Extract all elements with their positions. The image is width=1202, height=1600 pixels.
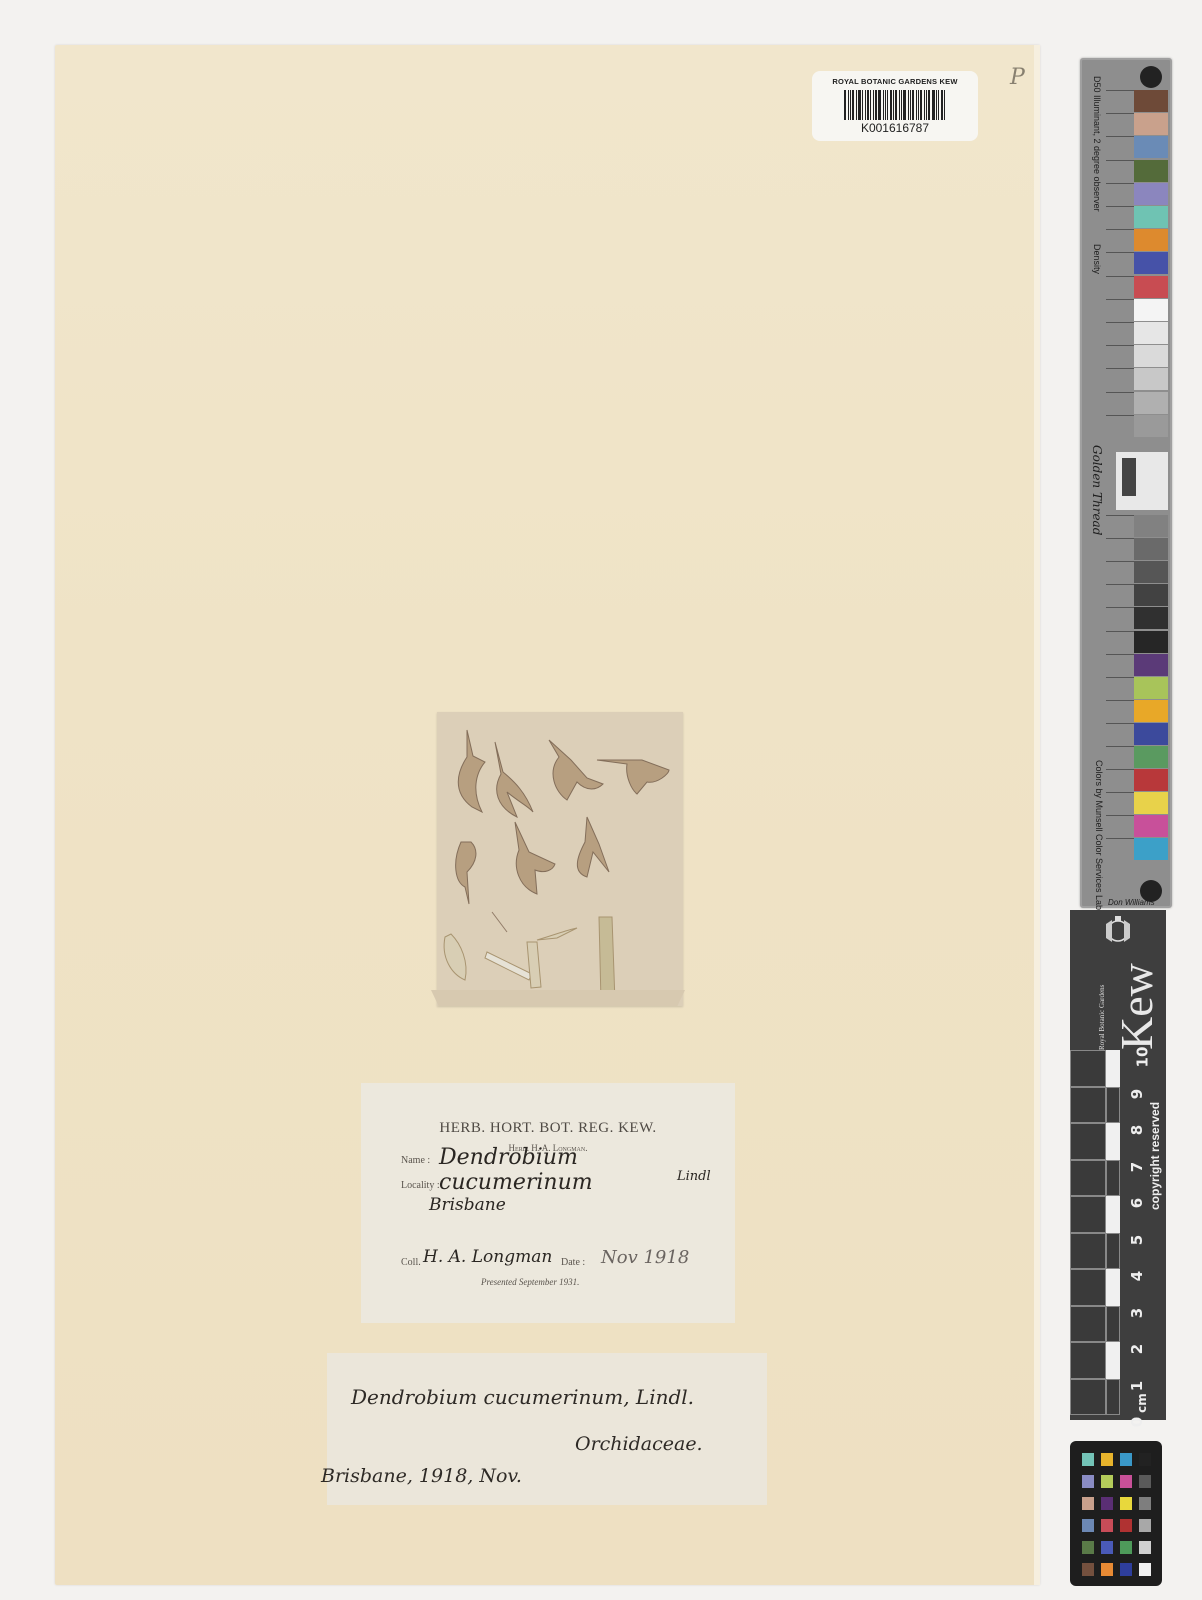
colour-swatch	[1134, 838, 1168, 860]
colour-chip	[1082, 1563, 1094, 1576]
colour-swatch	[1134, 631, 1168, 653]
colour-swatch	[1134, 415, 1168, 437]
pencil-mark: P	[1010, 65, 1025, 90]
colour-swatch	[1134, 206, 1168, 228]
ruler-gridline	[1106, 136, 1134, 137]
scale-number: 2	[1128, 1344, 1146, 1354]
ruler-gridline	[1106, 252, 1134, 253]
scale-block	[1070, 1306, 1106, 1343]
colour-swatch	[1134, 769, 1168, 791]
colour-chip	[1082, 1541, 1094, 1554]
colour-swatch	[1134, 700, 1168, 722]
scale-number: 1	[1128, 1380, 1146, 1390]
colour-swatch	[1134, 815, 1168, 837]
ruler-gridline	[1106, 183, 1134, 184]
scale-block-alt	[1106, 1379, 1120, 1416]
handwritten-label: Dendrobium cucumerinum, Lindl. Orchidace…	[327, 1353, 767, 1505]
barcode-number: K001616787	[812, 121, 978, 135]
colour-chip	[1101, 1541, 1113, 1554]
collector-label: Coll.	[401, 1257, 421, 1268]
scale-block	[1070, 1233, 1106, 1270]
scale-number: 3	[1128, 1307, 1146, 1317]
colour-swatch	[1134, 368, 1168, 390]
colour-chip	[1139, 1541, 1151, 1554]
species-author: Lindl	[677, 1169, 711, 1184]
scale-block-alt	[1106, 1306, 1120, 1343]
kew-logo-subtitle: Royal Botanic Gardens	[1098, 985, 1106, 1050]
ruler-gridline	[1106, 322, 1134, 323]
scale-block	[1070, 1087, 1106, 1124]
colour-chip	[1101, 1475, 1113, 1488]
herbarium-label: HERB. HORT. BOT. REG. KEW. Herb. H. A. L…	[361, 1083, 735, 1323]
colour-chip	[1101, 1519, 1113, 1532]
ruler-munsell-text: Colors by Munsell Color Services Lab	[1094, 760, 1104, 910]
colour-swatch	[1134, 299, 1168, 321]
ruler-dot-bottom	[1140, 880, 1162, 902]
name-label: Name :	[401, 1155, 430, 1166]
scale-block	[1070, 1160, 1106, 1197]
date-label: Date :	[561, 1257, 585, 1268]
royal-crest-icon	[1100, 914, 1136, 948]
ruler-gridline	[1106, 538, 1134, 539]
ruler-gridline	[1106, 229, 1134, 230]
colour-chip	[1139, 1453, 1151, 1466]
scale-block	[1070, 1269, 1106, 1306]
ruler-gridline	[1106, 206, 1134, 207]
ruler-brand: Golden Thread	[1090, 445, 1104, 535]
colour-chip	[1120, 1497, 1132, 1510]
scale-number: 6	[1128, 1198, 1146, 1208]
herbarium-title: HERB. HORT. BOT. REG. KEW.	[361, 1120, 735, 1137]
colour-chip	[1120, 1475, 1132, 1488]
colour-swatch	[1134, 515, 1168, 537]
ruler-gridline	[1106, 746, 1134, 747]
colour-chip	[1139, 1497, 1151, 1510]
ruler-gridline	[1106, 515, 1134, 516]
ruler-gridline	[1106, 299, 1134, 300]
ruler-gridline	[1106, 392, 1134, 393]
unit-label: cm	[1135, 1393, 1149, 1413]
colour-chip	[1082, 1475, 1094, 1488]
ruler-gridline	[1106, 607, 1134, 608]
colour-swatch	[1134, 345, 1168, 367]
colour-swatch	[1134, 160, 1168, 182]
colour-swatch	[1134, 677, 1168, 699]
scale-block	[1070, 1342, 1106, 1379]
ruler-gridline	[1106, 838, 1134, 839]
colour-chip	[1139, 1519, 1151, 1532]
colour-chip	[1101, 1563, 1113, 1576]
ruler-gridline	[1106, 769, 1134, 770]
presented-note: Presented September 1931.	[481, 1277, 579, 1287]
kew-logo: Kew	[1110, 963, 1163, 1050]
ruler-illuminant-text: D50 Illuminant, 2 degree observer	[1092, 76, 1102, 212]
scale-block-alt	[1106, 1087, 1120, 1124]
colour-swatch	[1134, 392, 1168, 414]
colour-chip	[1139, 1475, 1151, 1488]
handwritten-species: Dendrobium cucumerinum, Lindl.	[351, 1385, 694, 1409]
scale-block	[1070, 1123, 1106, 1160]
barcode-icon	[843, 90, 947, 120]
scale-number: 10	[1133, 1047, 1151, 1068]
ruler-gridline	[1106, 160, 1134, 161]
ruler-gridline	[1106, 792, 1134, 793]
scale-block-alt	[1106, 1160, 1120, 1197]
ruler-gridline	[1106, 584, 1134, 585]
scale-block-alt	[1106, 1233, 1120, 1270]
scale-number: 9	[1128, 1088, 1146, 1098]
locality-value: Brisbane	[429, 1195, 506, 1215]
colour-swatch	[1134, 584, 1168, 606]
colour-swatch	[1134, 183, 1168, 205]
colour-swatch	[1134, 136, 1168, 158]
colour-swatch	[1134, 113, 1168, 135]
ruler-gridline	[1106, 561, 1134, 562]
colour-chip	[1101, 1453, 1113, 1466]
colour-swatch	[1134, 90, 1168, 112]
colour-swatch	[1134, 746, 1168, 768]
colour-calibration-ruler: D50 Illuminant, 2 degree observer Densit…	[1080, 58, 1172, 908]
colour-chip	[1120, 1563, 1132, 1576]
colour-swatch	[1134, 276, 1168, 298]
colour-swatch	[1134, 723, 1168, 745]
date-value: Nov 1918	[601, 1247, 689, 1268]
scale-number: 5	[1128, 1234, 1146, 1244]
copyright-text: copyright reserved	[1148, 1102, 1162, 1210]
scale-number: 8	[1128, 1125, 1146, 1135]
colour-checker-card	[1070, 1441, 1162, 1586]
colour-chip	[1120, 1453, 1132, 1466]
ruler-target	[1116, 452, 1168, 510]
ruler-gridline	[1106, 276, 1134, 277]
colour-chip	[1120, 1519, 1132, 1532]
handwritten-family: Orchidaceae.	[575, 1433, 703, 1455]
ruler-density-text: Density	[1092, 244, 1102, 274]
locality-label: Locality :	[401, 1180, 440, 1191]
scale-block	[1070, 1196, 1106, 1233]
colour-swatch	[1134, 538, 1168, 560]
handwritten-locality-date: Brisbane, 1918, Nov.	[321, 1465, 522, 1487]
colour-swatch	[1134, 322, 1168, 344]
dried-flower-fragments-icon	[437, 712, 683, 1006]
colour-swatch	[1134, 792, 1168, 814]
ruler-gridline	[1106, 677, 1134, 678]
colour-swatch	[1134, 654, 1168, 676]
scale-number: 4	[1128, 1271, 1146, 1281]
ruler-gridline	[1106, 815, 1134, 816]
specimen-packet	[437, 712, 683, 1006]
colour-chip	[1082, 1453, 1094, 1466]
scale-number: 0	[1128, 1417, 1146, 1427]
ruler-gridline	[1106, 345, 1134, 346]
scale-block	[1070, 1050, 1106, 1087]
ruler-gridline	[1106, 723, 1134, 724]
ruler-gridline	[1106, 90, 1134, 91]
ruler-gridline	[1106, 113, 1134, 114]
ruler-gridline	[1106, 631, 1134, 632]
ruler-gridline	[1106, 368, 1134, 369]
scale-blocks	[1070, 1050, 1120, 1415]
collector-value: H. A. Longman	[423, 1247, 552, 1267]
ruler-gridline	[1106, 415, 1134, 416]
scale-block	[1070, 1379, 1106, 1416]
colour-chip	[1101, 1497, 1113, 1510]
colour-chip	[1139, 1563, 1151, 1576]
packet-fold	[431, 990, 685, 1006]
ruler-dot-top	[1140, 66, 1162, 88]
ruler-gridline	[1106, 700, 1134, 701]
ruler-gridline	[1106, 654, 1134, 655]
colour-swatch	[1134, 607, 1168, 629]
colour-chip	[1082, 1519, 1094, 1532]
colour-swatch	[1134, 252, 1168, 274]
colour-swatch	[1134, 561, 1168, 583]
scale-number: 7	[1128, 1161, 1146, 1171]
institution-name: ROYAL BOTANIC GARDENS KEW	[812, 77, 978, 86]
colour-chip	[1082, 1497, 1094, 1510]
colour-swatch	[1134, 229, 1168, 251]
kew-scale-bar: Royal Botanic Gardens Kew copyright rese…	[1070, 910, 1166, 1420]
barcode-label: ROYAL BOTANIC GARDENS KEW K001616787	[812, 71, 978, 141]
colour-chip	[1120, 1541, 1132, 1554]
